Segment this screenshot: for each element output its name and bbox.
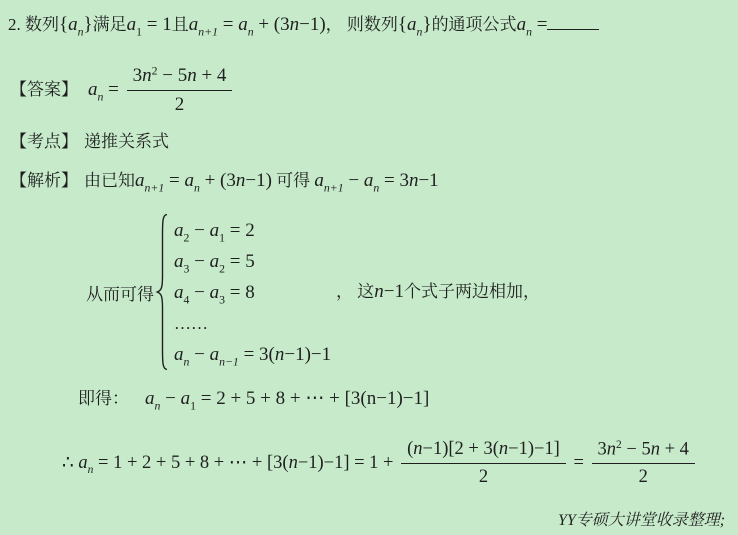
math-token: a [210,220,220,241]
math-token: a [189,14,199,35]
system-comment: ， 这n−1个式子两边相加， [336,277,540,303]
math-token: − [189,220,209,241]
math-token: n+1 [324,181,344,194]
math-token: 3 [133,65,143,86]
math-token: a [174,282,184,303]
fraction: 3n2 − 5n + 42 [127,64,233,117]
math-token: 2 [639,467,648,487]
math-token: a [88,79,98,100]
analysis-section: 【解析】 由已知an+1 = an + (3n−1) 可得 an+1 − an … [10,166,439,195]
equation-row: a3 − a2 = 5 [174,246,331,277]
math-token: n [651,439,660,459]
math-token: a [517,14,527,35]
math-token: n+1 [198,25,218,38]
fraction: (n−1)[2 + 3(n−1)−1]2 [401,438,566,489]
math-token: − [189,344,209,365]
summation-label: 即得： [78,389,129,408]
math-token: = 3 [379,170,409,191]
fraction: 3n2 − 5n + 42 [592,438,695,490]
math-token: n [413,439,422,459]
math-token: + 4 [660,439,689,459]
answer-blank [547,10,599,30]
answer-formula: an = 3n2 − 5n + 42 [88,79,235,100]
math-token: n [142,65,152,86]
equation-row: a4 − a3 = 8 [174,277,331,308]
math-token: = 5 [225,251,255,272]
math-token: n−1 [219,355,239,368]
math-token: n [187,65,197,86]
math-token: 可得 [272,171,315,190]
math-token: 满足 [93,15,127,34]
equation-row: a2 − a1 = 2 [174,215,331,246]
math-token: = 2 + 5 + 8 + ⋯ + [3(n−1)−1] [196,388,429,409]
summation-formula: an − a1 = 2 + 5 + 8 + ⋯ + [3(n−1)−1] [145,388,429,409]
math-token: = 1 + 2 + 5 + 8 + ⋯ + [3( [93,453,288,473]
math-token: 3 [598,439,607,459]
document-page: 2. 数列{an}满足a1 = 1且an+1 = an + (3n−1)， 则数… [0,0,738,535]
math-token: a [174,220,184,241]
math-token: a [238,14,248,35]
left-brace [155,213,170,371]
math-token: − 5 [158,65,188,86]
math-token: = [103,79,123,100]
answer-section: 【答案】 an = 3n2 − 5n + 42 [10,64,235,117]
math-token: = 1 [142,14,172,35]
math-token: ， 则数列 [326,15,398,34]
math-token: a [210,344,220,365]
math-token: 数列 [25,15,59,34]
math-token: 的通项公式 [432,15,517,34]
system-lead-text: 从而可得 [86,280,154,305]
math-token: = 2 [225,220,255,241]
math-token: a [174,344,184,365]
topic-text: 递推关系式 [84,132,169,151]
math-token: n [499,439,508,459]
math-token: a [145,388,155,409]
math-token: = [569,453,589,473]
equation-rows: a2 − a1 = 2 a3 − a2 = 5 a4 − a3 = 8 …… a… [174,215,331,370]
math-token: a [210,282,220,303]
math-token: + 4 [197,65,227,86]
math-token: a [68,14,78,35]
math-token: a [314,170,324,191]
math-token: −1)−1] [508,439,560,459]
math-token: n [607,439,616,459]
math-token: − [344,170,364,191]
math-token: −1)−1 [284,344,331,365]
math-token: n [289,453,298,473]
math-token: 2 [479,467,488,487]
math-token: a [174,251,184,272]
topic-section: 【考点】 递推关系式 [10,127,169,152]
math-token: } [422,14,431,35]
summation-line: 即得： an − a1 = 2 + 5 + 8 + ⋯ + [3(n−1)−1] [78,384,429,413]
math-token: = [164,170,184,191]
math-token: n [275,344,285,365]
topic-label: 【考点】 [10,132,78,151]
math-token: { [398,14,407,35]
math-token: −1 [384,281,404,302]
math-token: a [181,388,191,409]
math-token: a [184,170,194,191]
math-token: = 8 [225,282,255,303]
math-token: + (3 [254,14,290,35]
math-token: −1)[2 + 3( [423,439,499,459]
equation-row: …… [174,308,331,339]
math-token: − [189,282,209,303]
equation-system: 从而可得 a2 − a1 = 2 a3 − a2 = 5 a4 − a3 = 8… [86,213,331,371]
math-token: = 3( [239,344,275,365]
math-token: 2 [175,94,185,115]
math-token: 个式子两边相加， [404,282,540,301]
math-token: − [160,388,180,409]
math-token: −1) [245,170,272,191]
equation-row: an − an−1 = 3(n−1)−1 [174,339,331,370]
math-token: n [290,14,300,35]
answer-label: 【答案】 [10,80,78,99]
math-token: − [189,251,209,272]
math-token: …… [174,314,208,333]
math-token: 且 [172,15,189,34]
math-token: n+1 [145,181,165,194]
math-token: + (3 [200,170,236,191]
math-token: −1)−1] = 1 + [298,453,398,473]
system-comment-text: ， 这n−1个式子两边相加， [336,281,540,302]
math-token: n [236,170,246,191]
math-token: { [59,14,68,35]
problem-statement: 2. 数列{an}满足a1 = 1且an+1 = an + (3n−1)， 则数… [8,10,599,39]
math-token: 2. [8,15,25,34]
math-token: 由已知 [84,171,135,190]
footer-credit: YY专硕大讲堂收录整理; [558,507,725,530]
conclusion-line: ∴ an = 1 + 2 + 5 + 8 + ⋯ + [3(n−1)−1] = … [62,438,698,490]
math-token: a [127,14,137,35]
math-token: −1 [418,170,438,191]
math-token: } [84,14,93,35]
math-token: = [532,14,547,35]
math-token: n [374,281,384,302]
math-token: ， 这 [336,282,374,301]
math-token: a [135,170,145,191]
conclusion-formula: ∴ an = 1 + 2 + 5 + 8 + ⋯ + [3(n−1)−1] = … [62,453,698,473]
math-token: a [364,170,374,191]
math-token: ∴ [62,453,78,473]
math-token: a [407,14,417,35]
math-token: a [78,453,87,473]
problem-formula: 2. 数列{an}满足a1 = 1且an+1 = an + (3n−1)， 则数… [8,14,599,35]
math-token: − 5 [622,439,651,459]
math-token: = [218,14,238,35]
math-token: a [210,251,220,272]
math-token: −1) [299,14,326,35]
analysis-formula: 由已知an+1 = an + (3n−1) 可得 an+1 − an = 3n−… [84,170,439,191]
analysis-label: 【解析】 [10,171,78,190]
